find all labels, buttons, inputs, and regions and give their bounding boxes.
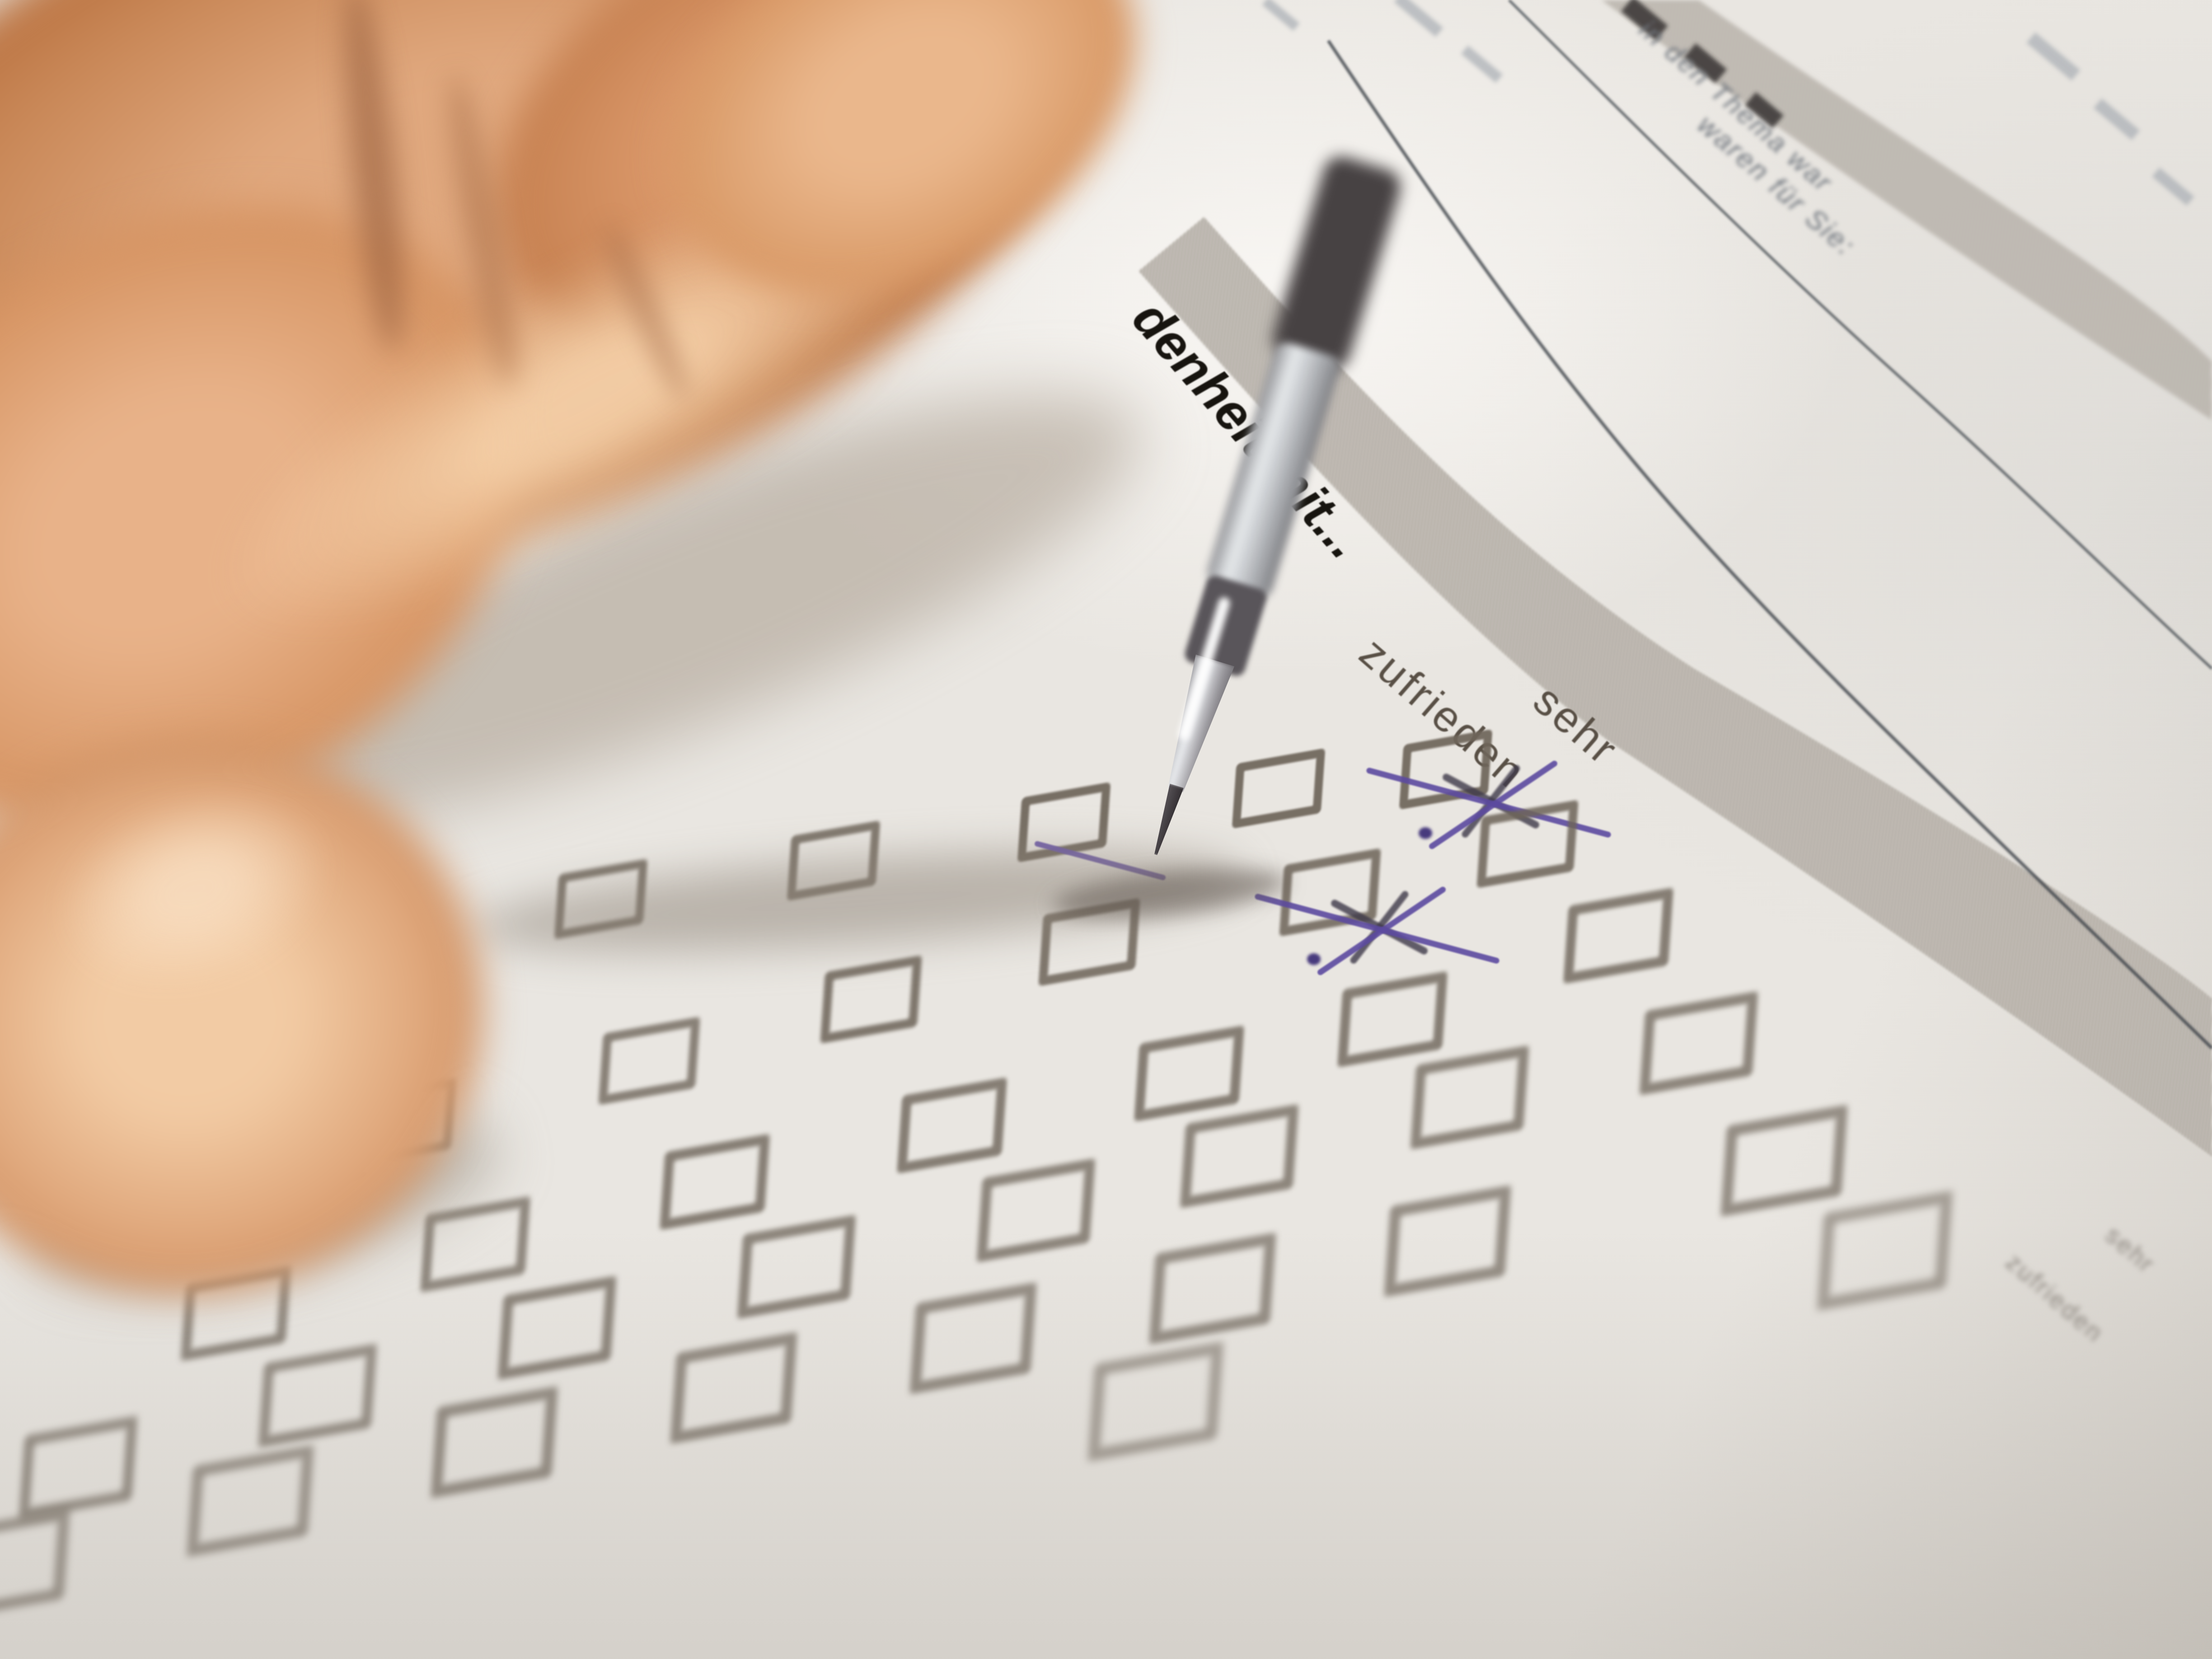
pen-upper-barrel [1269,152,1405,374]
ink-blob [1307,953,1321,965]
ink-blob [1419,827,1432,839]
pen-tip [1147,783,1186,858]
photo-questionnaire-scene: in den Thema war waren für Sie: denheit … [0,0,2212,1659]
pen-cone [1149,652,1242,798]
